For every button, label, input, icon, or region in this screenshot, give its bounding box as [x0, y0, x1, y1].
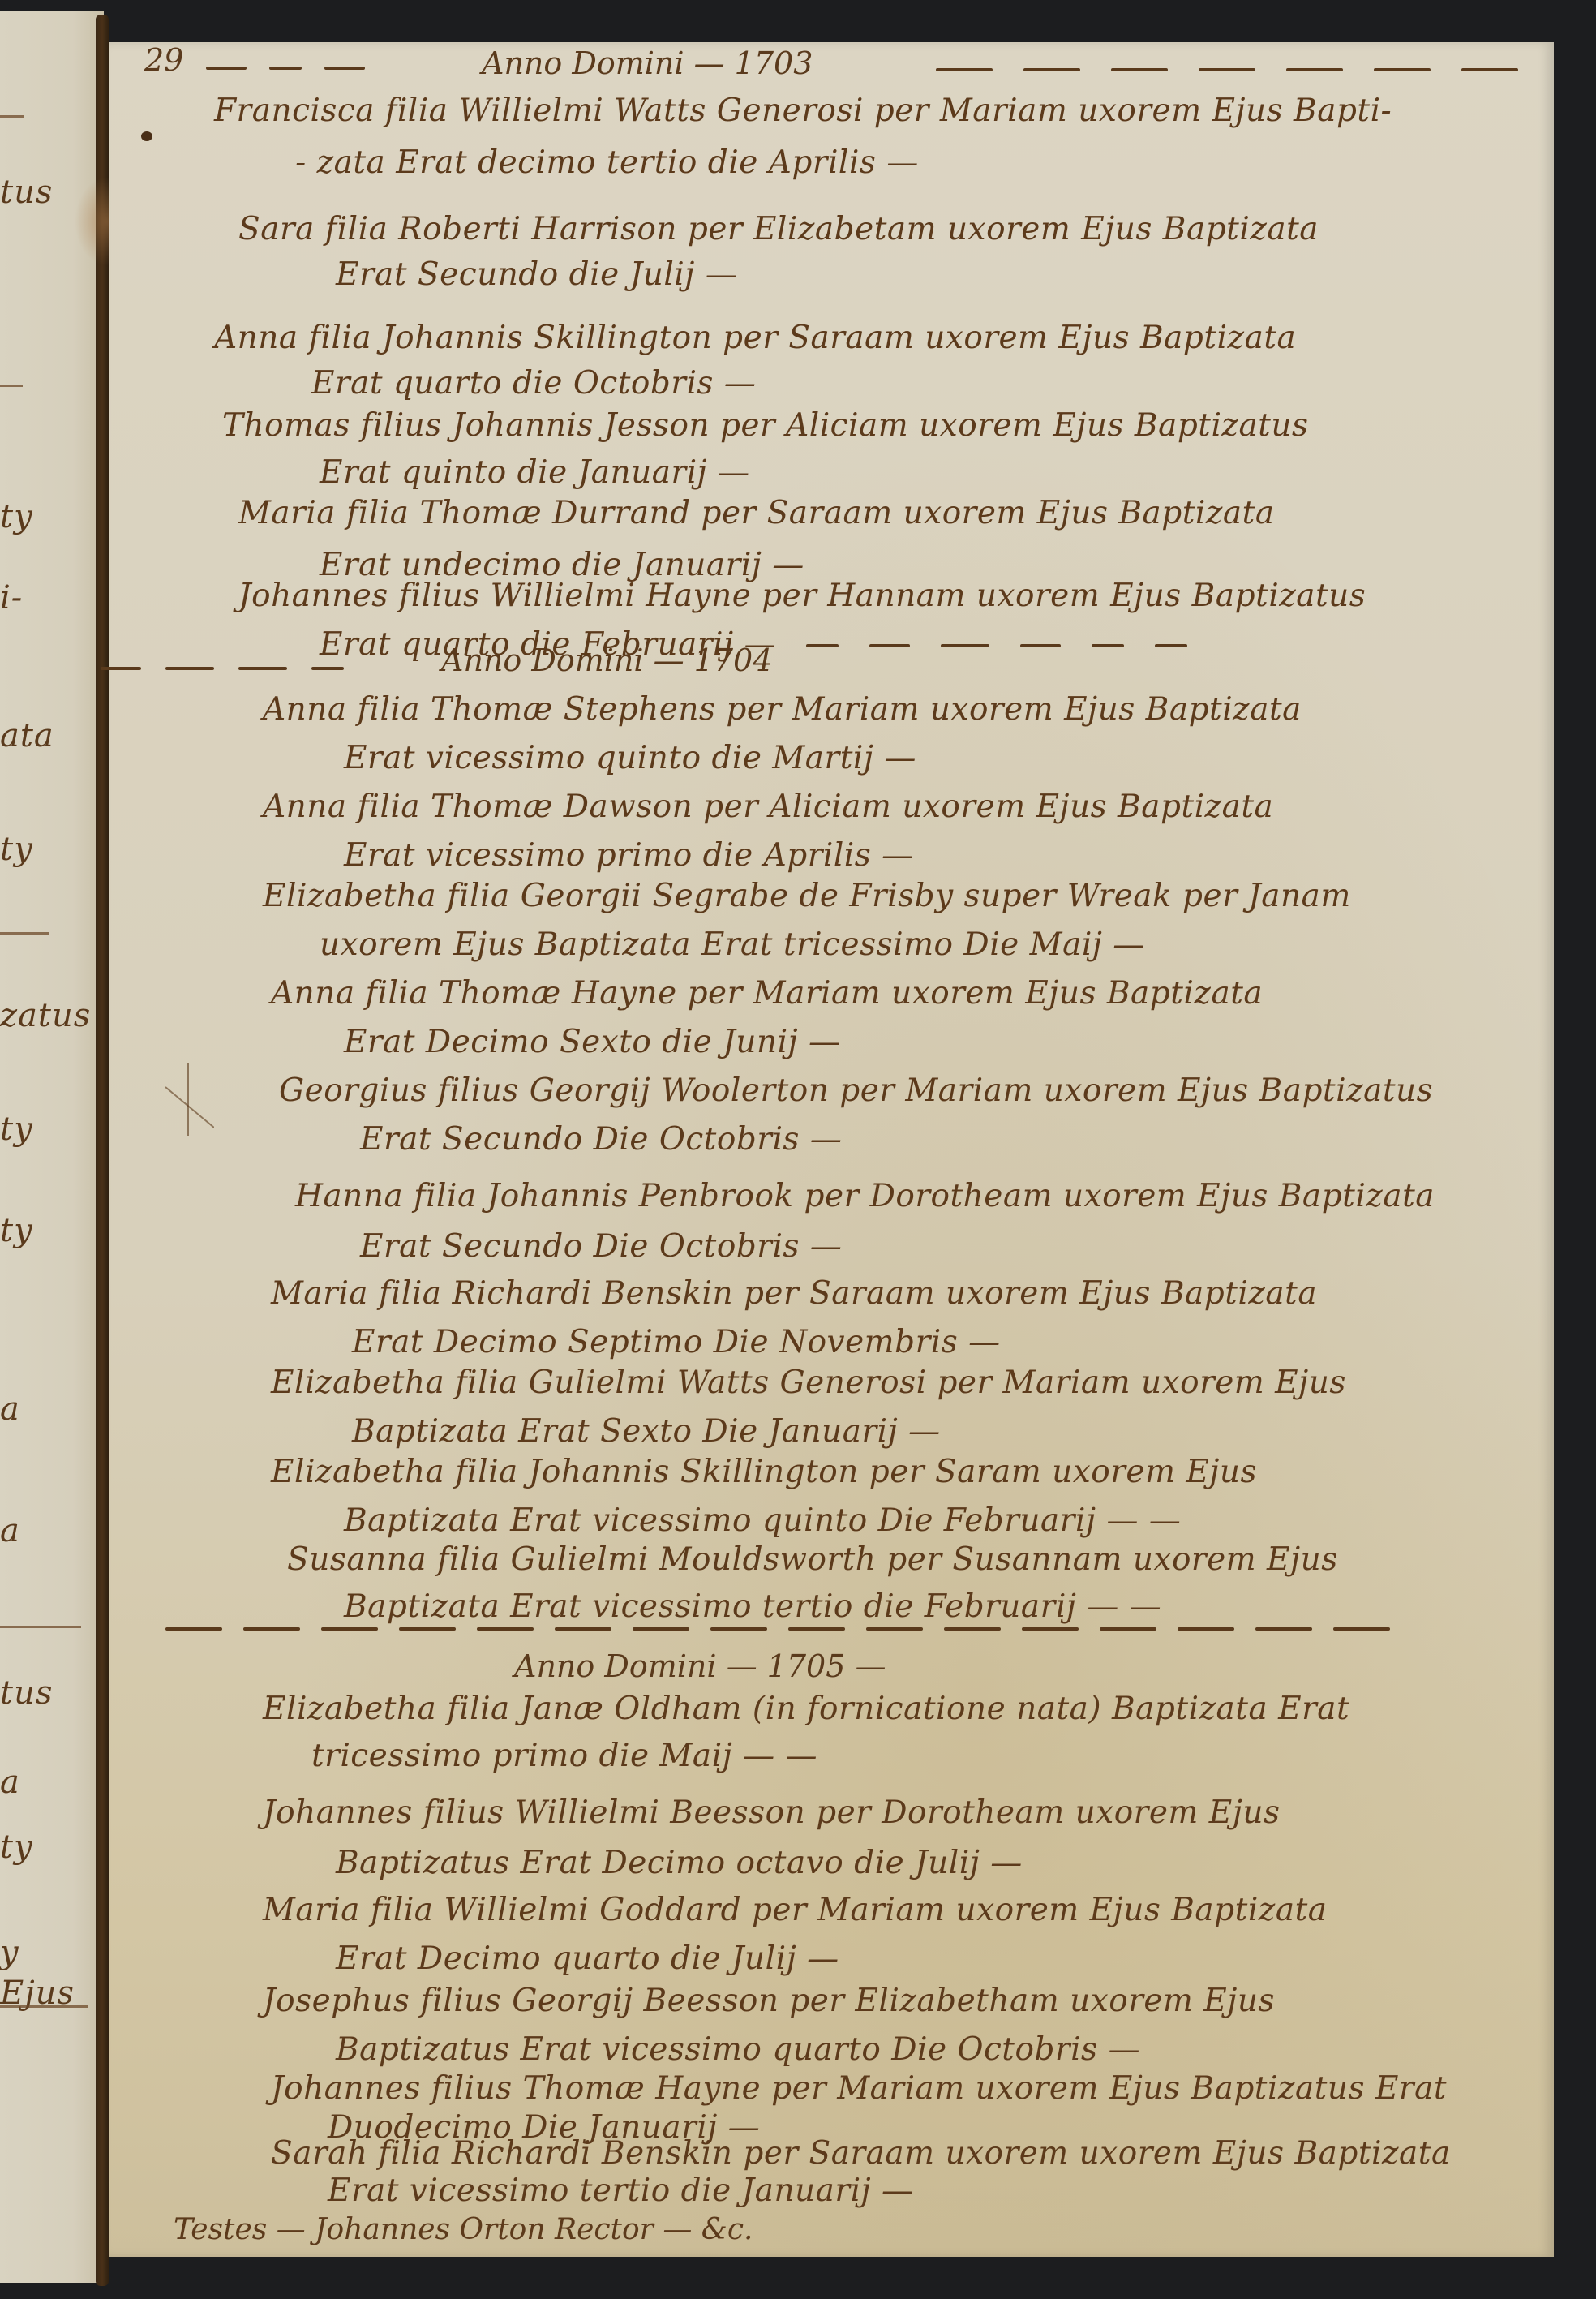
section-heading-1705: Anno Domini — 1705 —	[514, 1648, 886, 1684]
entry-line: Erat Secundo Die Octobris —	[360, 1228, 842, 1265]
entry-line: Susanna filia Gulielmi Mouldsworth per S…	[287, 1541, 1338, 1578]
register-page: 29 Anno Domini — 1703 Francisca filia Wi…	[109, 42, 1554, 2257]
left-margin-fragment: ty	[0, 1111, 33, 1148]
entry-line: uxorem Ejus Baptizata Erat tricessimo Di…	[320, 926, 1145, 963]
entry-line: Erat Decimo quarto die Julij —	[336, 1940, 839, 1977]
entry-line: Sara filia Roberti Harrison per Elizabet…	[238, 211, 1319, 247]
entry-line: Elizabetha filia Gulielmi Watts Generosi…	[271, 1364, 1346, 1401]
entry-line: tricessimo primo die Maij — —	[311, 1738, 817, 1774]
entry-line: Maria filia Willielmi Goddard per Mariam…	[263, 1892, 1328, 1928]
entry-line: Erat Decimo Septimo Die Novembris —	[352, 1324, 1001, 1360]
left-margin-fragment: tus	[0, 174, 53, 211]
left-margin-fragment: a	[0, 1512, 20, 1549]
entry-line: Hanna filia Johannis Penbrook per Doroth…	[295, 1178, 1435, 1214]
left-margin-fragment: a	[0, 1764, 20, 1801]
left-margin-fragment: ty	[0, 1212, 33, 1249]
entry-line: Johannes filius Willielmi Beesson per Do…	[263, 1794, 1280, 1831]
entry-line: Anna filia Thomæ Hayne per Mariam uxorem…	[271, 975, 1263, 1012]
heading-rule-right	[936, 68, 1518, 71]
entry-line: Anna filia Thomæ Dawson per Aliciam uxor…	[263, 789, 1273, 825]
entry-line: Maria filia Thomæ Durrand per Saraam uxo…	[238, 495, 1275, 531]
ink-dot	[141, 131, 152, 141]
left-margin-fragment: a	[0, 1390, 20, 1428]
left-rule	[0, 932, 49, 935]
entry-line: Maria filia Richardi Benskin per Saraam …	[271, 1275, 1317, 1312]
left-margin-fragment: ty	[0, 1828, 33, 1866]
left-margin-fragment: zatus	[0, 997, 91, 1034]
rector-signature: Testes — Johannes Orton Rector — &c.	[174, 2213, 753, 2246]
entry-line: Anna filia Johannis Skillington per Sara…	[214, 320, 1296, 356]
entry-line: Georgius filius Georgij Woolerton per Ma…	[279, 1072, 1433, 1109]
book-gutter	[96, 15, 109, 2286]
left-margin-fragment: ty	[0, 498, 33, 535]
heading-rule-left	[101, 667, 344, 670]
left-facing-page: tus ty i- ata ty zatus ty ty a a tus a t…	[0, 11, 104, 2283]
entry-line: Francisca filia Willielmi Watts Generosi…	[214, 92, 1392, 129]
entry-line: Erat quarto die Octobris —	[311, 365, 756, 402]
entry-line: Johannes filius Thomæ Hayne per Mariam u…	[271, 2070, 1447, 2107]
entry-line: Erat Secundo Die Octobris —	[360, 1121, 842, 1158]
section-divider-rule	[165, 1627, 1390, 1631]
heading-rule-left	[206, 67, 365, 70]
left-rule	[0, 385, 23, 387]
margin-cross-mark-icon	[165, 1063, 214, 1136]
left-rule	[0, 2005, 88, 2008]
left-margin-fragment: tus	[0, 1674, 53, 1712]
entry-line: Anna filia Thomæ Stephens per Mariam uxo…	[263, 691, 1302, 728]
left-rule	[0, 1626, 81, 1628]
entry-line: Erat quinto die Januarij —	[320, 454, 750, 491]
entry-line: Baptizatus Erat vicessimo quarto Die Oct…	[336, 2031, 1140, 2068]
left-rule	[0, 115, 24, 118]
entry-line: Sarah filia Richardi Benskin per Saraam …	[271, 2135, 1451, 2172]
entry-line: Baptizata Erat Sexto Die Januarij —	[352, 1413, 941, 1450]
section-heading-1704: Anno Domini — 1704	[441, 642, 772, 678]
entry-line: Baptizata Erat vicessimo quinto Die Febr…	[344, 1502, 1181, 1539]
entry-line: - zata Erat decimo tertio die Aprilis —	[295, 144, 919, 181]
left-margin-fragment: i-	[0, 579, 23, 617]
entry-line: Erat Decimo Sexto die Junij —	[344, 1024, 841, 1060]
entry-line: Erat vicessimo tertio die Januarij —	[328, 2172, 914, 2209]
left-margin-fragment: ty	[0, 831, 33, 868]
entry-line: Erat Secundo die Julij —	[336, 256, 737, 293]
entry-line: Baptizata Erat vicessimo tertio die Febr…	[344, 1588, 1161, 1625]
entry-line: Thomas filius Johannis Jesson per Alicia…	[222, 407, 1309, 444]
section-heading-1703: Anno Domini — 1703	[482, 45, 813, 81]
entry-line: Josephus filius Georgij Beesson per Eliz…	[263, 1983, 1275, 2019]
entry-line: Elizabetha filia Johannis Skillington pe…	[271, 1454, 1257, 1490]
entry-line: Erat vicessimo quinto die Martij —	[344, 740, 916, 776]
page-number: 29	[144, 42, 183, 78]
entry-line: Erat vicessimo primo die Aprilis —	[344, 837, 914, 874]
left-margin-fragment: y	[0, 1934, 19, 1971]
left-margin-fragment: ata	[0, 717, 54, 754]
entry-line: Baptizatus Erat Decimo octavo die Julij …	[336, 1845, 1023, 1881]
heading-rule-right	[806, 644, 1187, 647]
entry-line: Johannes filius Willielmi Hayne per Hann…	[238, 578, 1366, 614]
entry-line: Elizabetha filia Janæ Oldham (in fornica…	[263, 1691, 1349, 1727]
entry-line: Elizabetha filia Georgii Segrabe de Fris…	[263, 878, 1351, 914]
